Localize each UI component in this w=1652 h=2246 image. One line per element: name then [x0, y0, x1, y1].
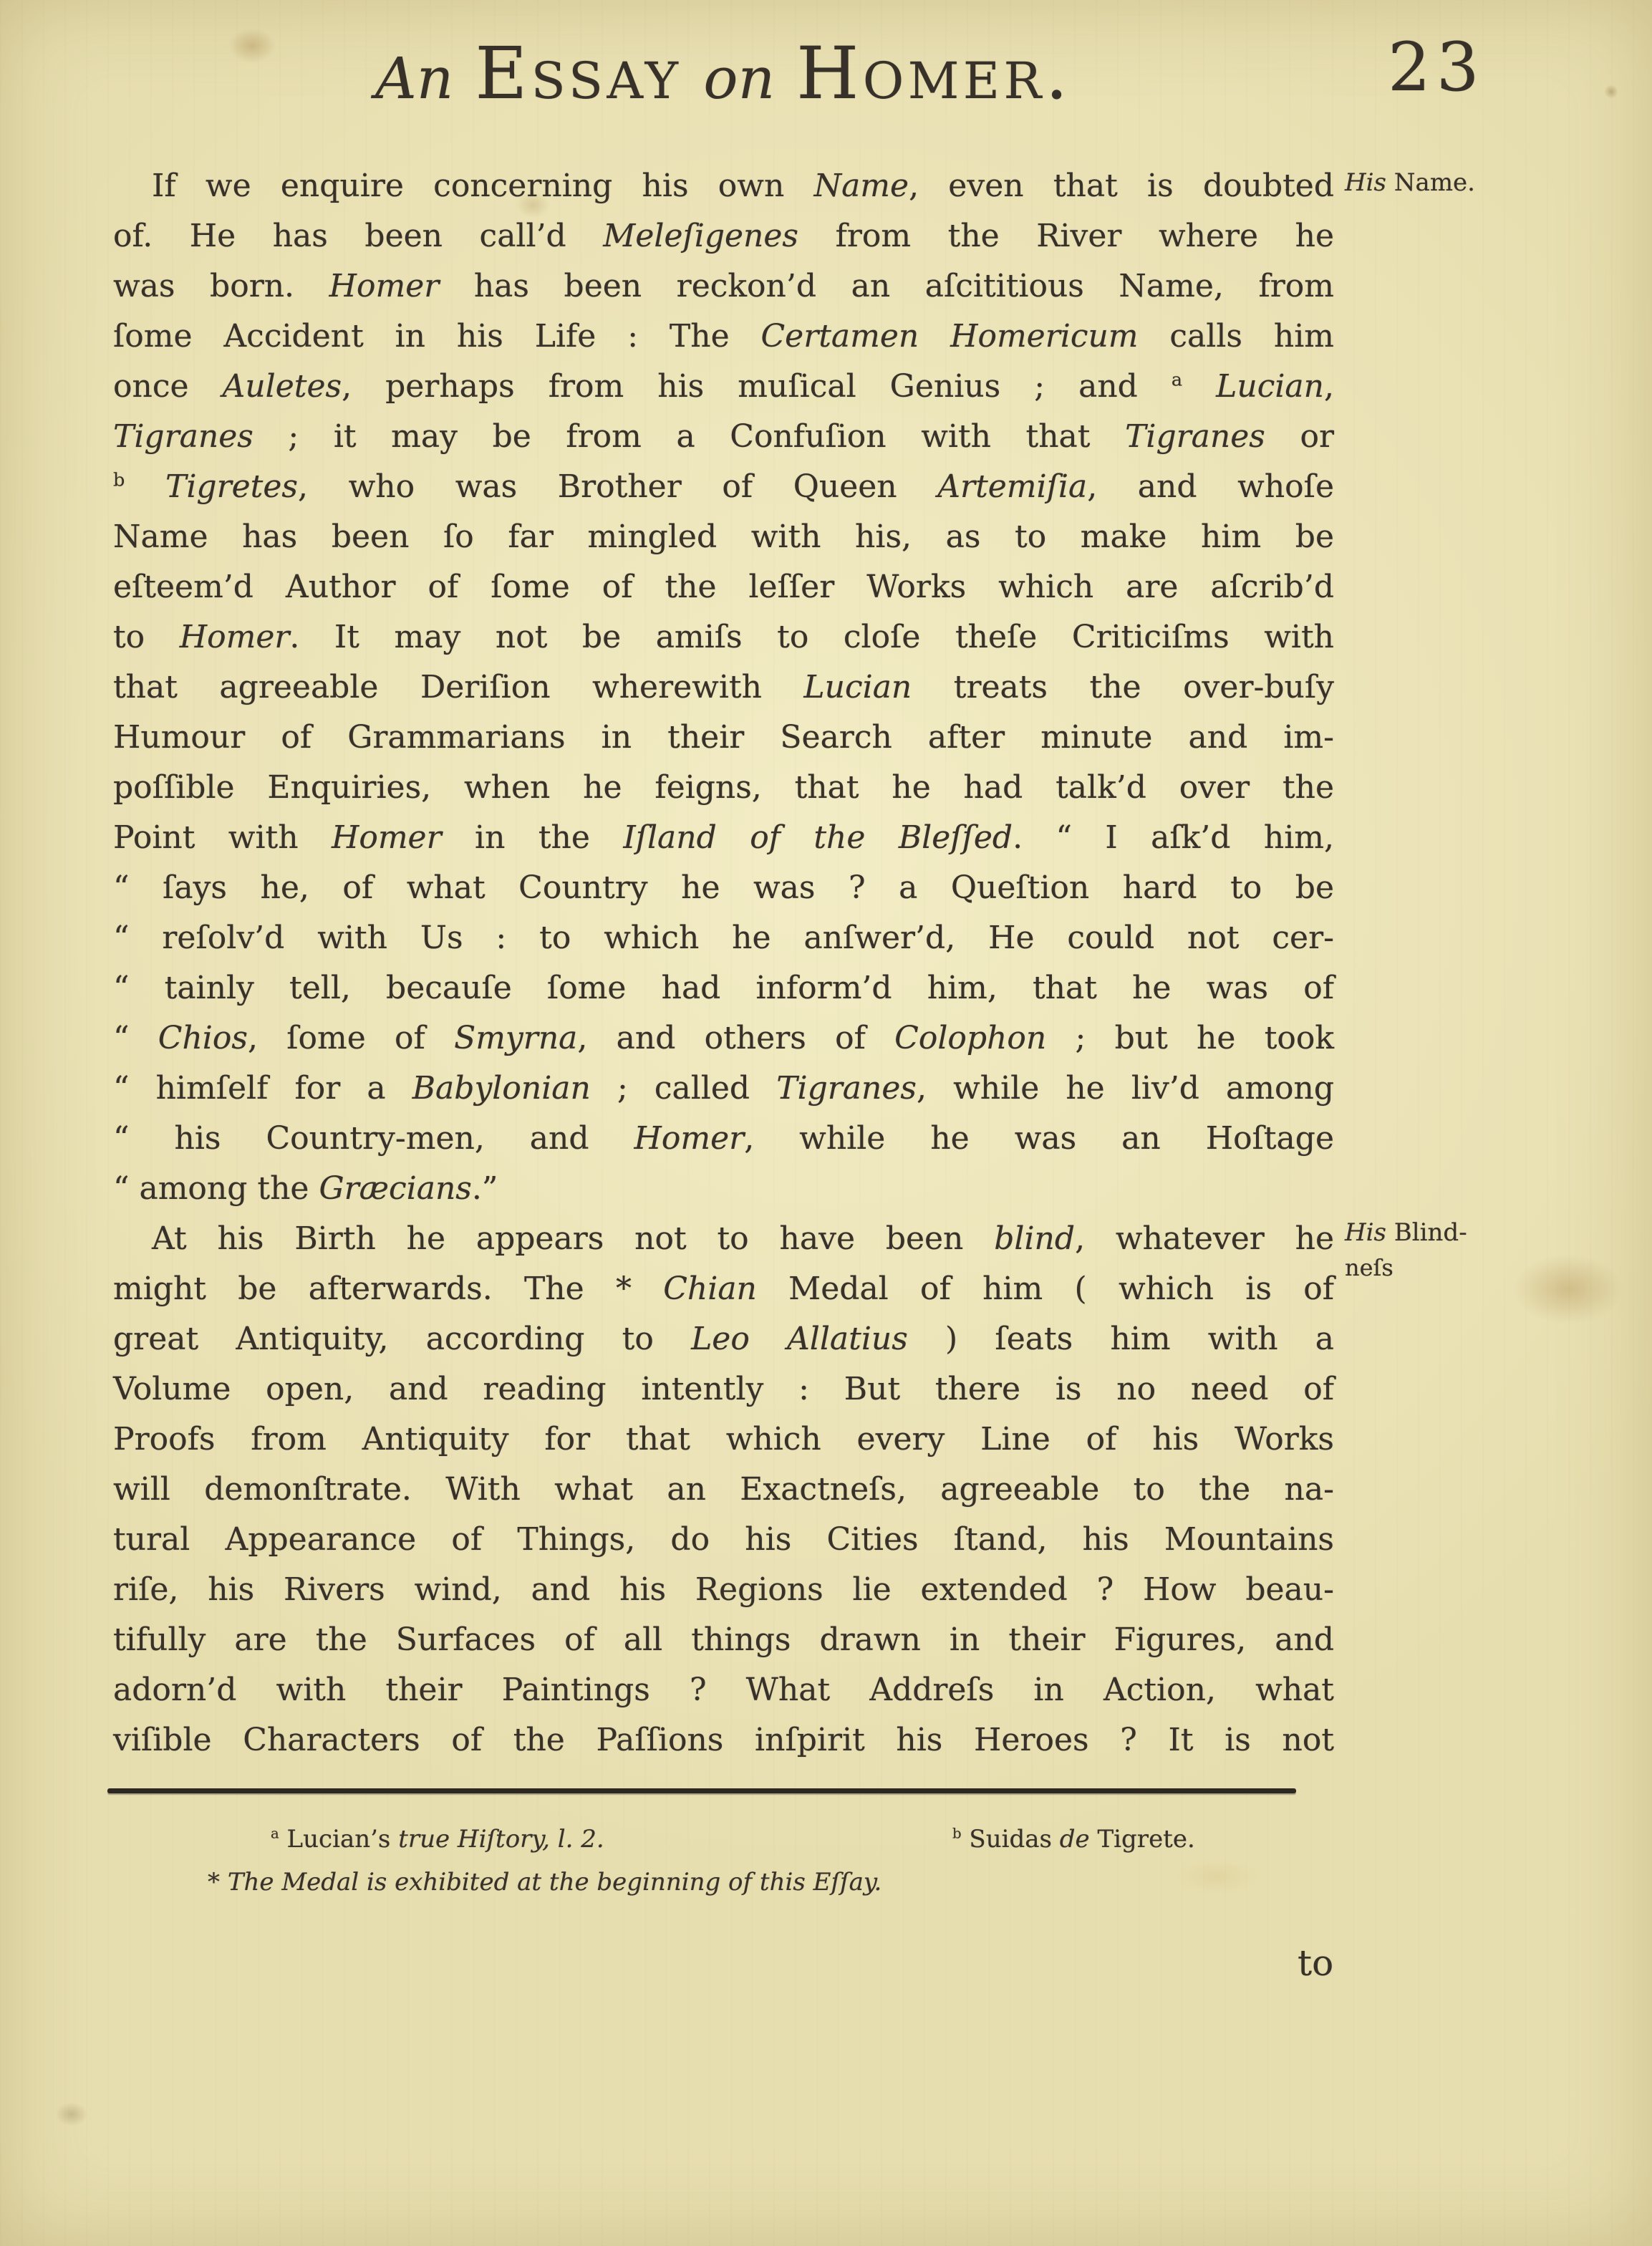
page-number: 23: [1388, 29, 1485, 107]
header-word-homer: Homer.: [796, 32, 1072, 115]
footnote-star: * The Medal is exhibited at the beginnin…: [208, 1868, 881, 1896]
body-line: riſe, his Rivers wind, and his Regions l…: [113, 1565, 1334, 1615]
footnote-a: a Lucian’s true Hiſtory, l. 2.: [271, 1825, 604, 1854]
margin-note-ness: neſs: [1345, 1255, 1393, 1281]
header-word-on: on: [703, 45, 775, 112]
body-line: might be afterwards. The * Chian Medal o…: [113, 1264, 1334, 1314]
body-line: At his Birth he appears not to have been…: [113, 1214, 1334, 1264]
body-line: eſteem’d Author of ſome of the leſſer Wo…: [113, 562, 1334, 612]
body-line: tural Appearance of Things, do his Citie…: [113, 1515, 1334, 1565]
body-line: “ Chios, ſome of Smyrna, and others of C…: [113, 1013, 1334, 1064]
body-line: Proofs from Antiquity for that which eve…: [113, 1414, 1334, 1465]
body-line: of. He has been call’d Meleſigenes from …: [113, 211, 1334, 261]
body-line: ſome Accident in his Life : The Certamen…: [113, 312, 1334, 362]
catchword: to: [1298, 1942, 1333, 1984]
body-line: to Homer. It may not be amiſs to cloſe t…: [113, 612, 1334, 662]
margin-note-his-name: His Name.: [1345, 169, 1475, 197]
body-line: “ tainly tell, becauſe ſome had inform’d…: [113, 963, 1334, 1013]
body-line: great Antiquity, according to Leo Allati…: [113, 1314, 1334, 1364]
body-line: “ among the Græcians.”: [113, 1164, 1334, 1214]
footnote-b: b Suidas de Tigrete.: [952, 1825, 1195, 1854]
body-line: adorn’d with their Paintings ? What Addr…: [113, 1665, 1334, 1715]
body-line: viſible Characters of the Paſſions inſpi…: [113, 1715, 1334, 1765]
body-line: was born. Homer has been reckon’d an aſc…: [113, 261, 1334, 312]
footnote-rule: [107, 1788, 1296, 1793]
body-line: “ his Country-men, and Homer, while he w…: [113, 1114, 1334, 1164]
book-page: AnEssayonHomer. 23 If we enquire concern…: [0, 0, 1652, 2246]
body-line: Volume open, and reading intently : But …: [113, 1364, 1334, 1414]
body-line: that agreeable Deriſion wherewith Lucian…: [113, 662, 1334, 713]
body-line: “ himſelf for a Babylonian ; called Tigr…: [113, 1064, 1334, 1114]
body-line: If we enquire concerning his own Name, e…: [113, 161, 1334, 211]
body-line: Tigranes ; it may be from a Confuſion wi…: [113, 412, 1334, 462]
body-line: “ reſolv’d with Us : to which he anſwer’…: [113, 913, 1334, 963]
body-line: Name has been ſo far mingled with his, a…: [113, 512, 1334, 562]
body-line: Humour of Grammarians in their Search af…: [113, 713, 1334, 763]
body-line: b Tigretes, who was Brother of Queen Art…: [113, 462, 1334, 512]
header-word-essay: Essay: [475, 32, 682, 115]
body-line: will demonſtrate. With what an Exactneſs…: [113, 1465, 1334, 1515]
running-header: AnEssayonHomer.: [113, 32, 1334, 115]
body-line: once Auletes, perhaps from his muſical G…: [113, 362, 1334, 412]
body-line: “ ſays he, of what Country he was ? a Qu…: [113, 863, 1334, 913]
body-line: Point with Homer in the Iſland of the Bl…: [113, 813, 1334, 863]
body-line: poſſible Enquiries, when he feigns, that…: [113, 763, 1334, 813]
header-word-an: An: [375, 45, 453, 112]
body-line: tifully are the Surfaces of all things d…: [113, 1615, 1334, 1665]
margin-note-his-blindness: His Blind-: [1345, 1219, 1467, 1247]
body-text: If we enquire concerning his own Name, e…: [113, 161, 1334, 1765]
